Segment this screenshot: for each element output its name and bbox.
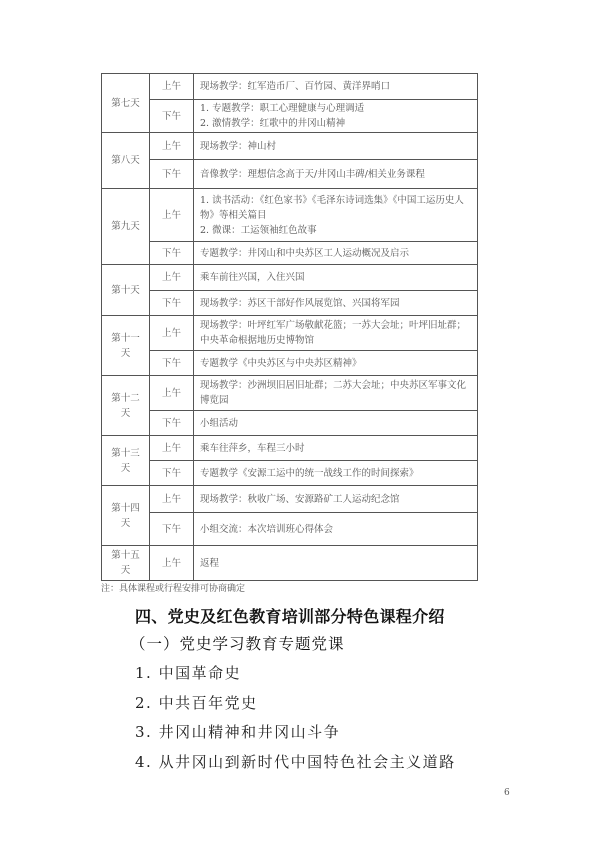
- content-cell: 音像教学：理想信念高于天/井冈山丰碑/相关业务课程: [194, 160, 478, 189]
- period-cell: 下午: [150, 351, 194, 376]
- table-row: 下午音像教学：理想信念高于天/井冈山丰碑/相关业务课程: [102, 160, 478, 189]
- day-cell: 第十三天: [102, 436, 150, 486]
- table-row: 第八天上午现场教学：神山村: [102, 133, 478, 160]
- day-cell: 第八天: [102, 133, 150, 189]
- section-title: 四、党史及红色教育培训部分特色课程介绍: [135, 604, 445, 627]
- content-cell: 小组活动: [194, 411, 478, 436]
- list-item: 4. 从井冈山到新时代中国特色社会主义道路: [135, 751, 456, 772]
- day-cell: 第十五天: [102, 546, 150, 581]
- day-cell: 第十一天: [102, 316, 150, 376]
- content-cell: 专题教学《中央苏区与中央苏区精神》: [194, 351, 478, 376]
- table-row: 第十三天上午乘车往萍乡，车程三小时: [102, 436, 478, 461]
- period-cell: 下午: [150, 461, 194, 486]
- day-cell: 第七天: [102, 74, 150, 133]
- period-cell: 下午: [150, 100, 194, 133]
- list-item: 1. 中国革命史: [135, 662, 241, 683]
- content-cell: 现场教学：苏区干部好作风展览馆、兴国将军园: [194, 291, 478, 316]
- content-cell: 小组交流：本次培训班心得体会: [194, 513, 478, 546]
- list-item: 2. 中共百年党史: [135, 692, 258, 713]
- table-row: 下午小组活动: [102, 411, 478, 436]
- content-cell: 专题教学《安源工运中的统一战线工作的时间探索》: [194, 461, 478, 486]
- table-row: 下午专题教学《中央苏区与中央苏区精神》: [102, 351, 478, 376]
- content-cell: 现场教学：沙洲坝旧居旧址群；二苏大会址；中央苏区军事文化博览园: [194, 376, 478, 411]
- table-row: 第九天上午1. 读书活动：《红色家书》《毛泽东诗词选集》《中国工运历史人物》等相…: [102, 189, 478, 242]
- day-cell: 第十天: [102, 265, 150, 316]
- period-cell: 上午: [150, 189, 194, 242]
- period-cell: 下午: [150, 411, 194, 436]
- content-cell: 现场教学：神山村: [194, 133, 478, 160]
- period-cell: 上午: [150, 436, 194, 461]
- table-row: 第七天上午现场教学：红军造币厂、百竹园、黄洋界哨口: [102, 74, 478, 100]
- period-cell: 上午: [150, 74, 194, 100]
- content-cell: 乘车前往兴国，入住兴国: [194, 265, 478, 291]
- content-cell: 返程: [194, 546, 478, 581]
- table-note: 注：具体课程或行程安排可协商确定: [101, 581, 245, 594]
- content-cell: 专题教学：井冈山和中央苏区工人运动概况及启示: [194, 242, 478, 265]
- table-row: 下午专题教学《安源工运中的统一战线工作的时间探索》: [102, 461, 478, 486]
- period-cell: 上午: [150, 316, 194, 351]
- table-row: 第十天上午乘车前往兴国，入住兴国: [102, 265, 478, 291]
- content-cell: 1. 专题教学：职工心理健康与心理调适 2. 激情教学：红歌中的井冈山精神: [194, 100, 478, 133]
- period-cell: 上午: [150, 265, 194, 291]
- section-subtitle: （一）党史学习教育专题党课: [130, 632, 345, 654]
- day-cell: 第十四天: [102, 486, 150, 546]
- period-cell: 下午: [150, 513, 194, 546]
- period-cell: 上午: [150, 546, 194, 581]
- period-cell: 上午: [150, 133, 194, 160]
- content-cell: 乘车往萍乡，车程三小时: [194, 436, 478, 461]
- day-cell: 第十二天: [102, 376, 150, 436]
- day-cell: 第九天: [102, 189, 150, 265]
- content-cell: 现场教学：红军造币厂、百竹园、黄洋界哨口: [194, 74, 478, 100]
- table-row: 下午小组交流：本次培训班心得体会: [102, 513, 478, 546]
- table-row: 下午1. 专题教学：职工心理健康与心理调适 2. 激情教学：红歌中的井冈山精神: [102, 100, 478, 133]
- content-cell: 现场教学：秋收广场、安源路矿工人运动纪念馆: [194, 486, 478, 513]
- document-page: 第七天上午现场教学：红军造币厂、百竹园、黄洋界哨口下午1. 专题教学：职工心理健…: [0, 0, 600, 848]
- period-cell: 上午: [150, 376, 194, 411]
- table-row: 下午现场教学：苏区干部好作风展览馆、兴国将军园: [102, 291, 478, 316]
- table-row: 第十五天上午返程: [102, 546, 478, 581]
- period-cell: 下午: [150, 242, 194, 265]
- table-row: 第十四天上午现场教学：秋收广场、安源路矿工人运动纪念馆: [102, 486, 478, 513]
- period-cell: 下午: [150, 291, 194, 316]
- period-cell: 下午: [150, 160, 194, 189]
- list-item: 3. 井冈山精神和井冈山斗争: [135, 721, 340, 742]
- table-row: 第十二天上午现场教学：沙洲坝旧居旧址群；二苏大会址；中央苏区军事文化博览园: [102, 376, 478, 411]
- table-row: 第十一天上午现场教学：叶坪红军广场敬献花篮；一苏大会址；叶坪旧址群；中央革命根据…: [102, 316, 478, 351]
- schedule-table: 第七天上午现场教学：红军造币厂、百竹园、黄洋界哨口下午1. 专题教学：职工心理健…: [101, 73, 478, 581]
- table-row: 下午专题教学：井冈山和中央苏区工人运动概况及启示: [102, 242, 478, 265]
- content-cell: 现场教学：叶坪红军广场敬献花篮；一苏大会址；叶坪旧址群；中央革命根据地历史博物馆: [194, 316, 478, 351]
- period-cell: 上午: [150, 486, 194, 513]
- content-cell: 1. 读书活动：《红色家书》《毛泽东诗词选集》《中国工运历史人物》等相关篇目 2…: [194, 189, 478, 242]
- page-number: 6: [504, 788, 510, 798]
